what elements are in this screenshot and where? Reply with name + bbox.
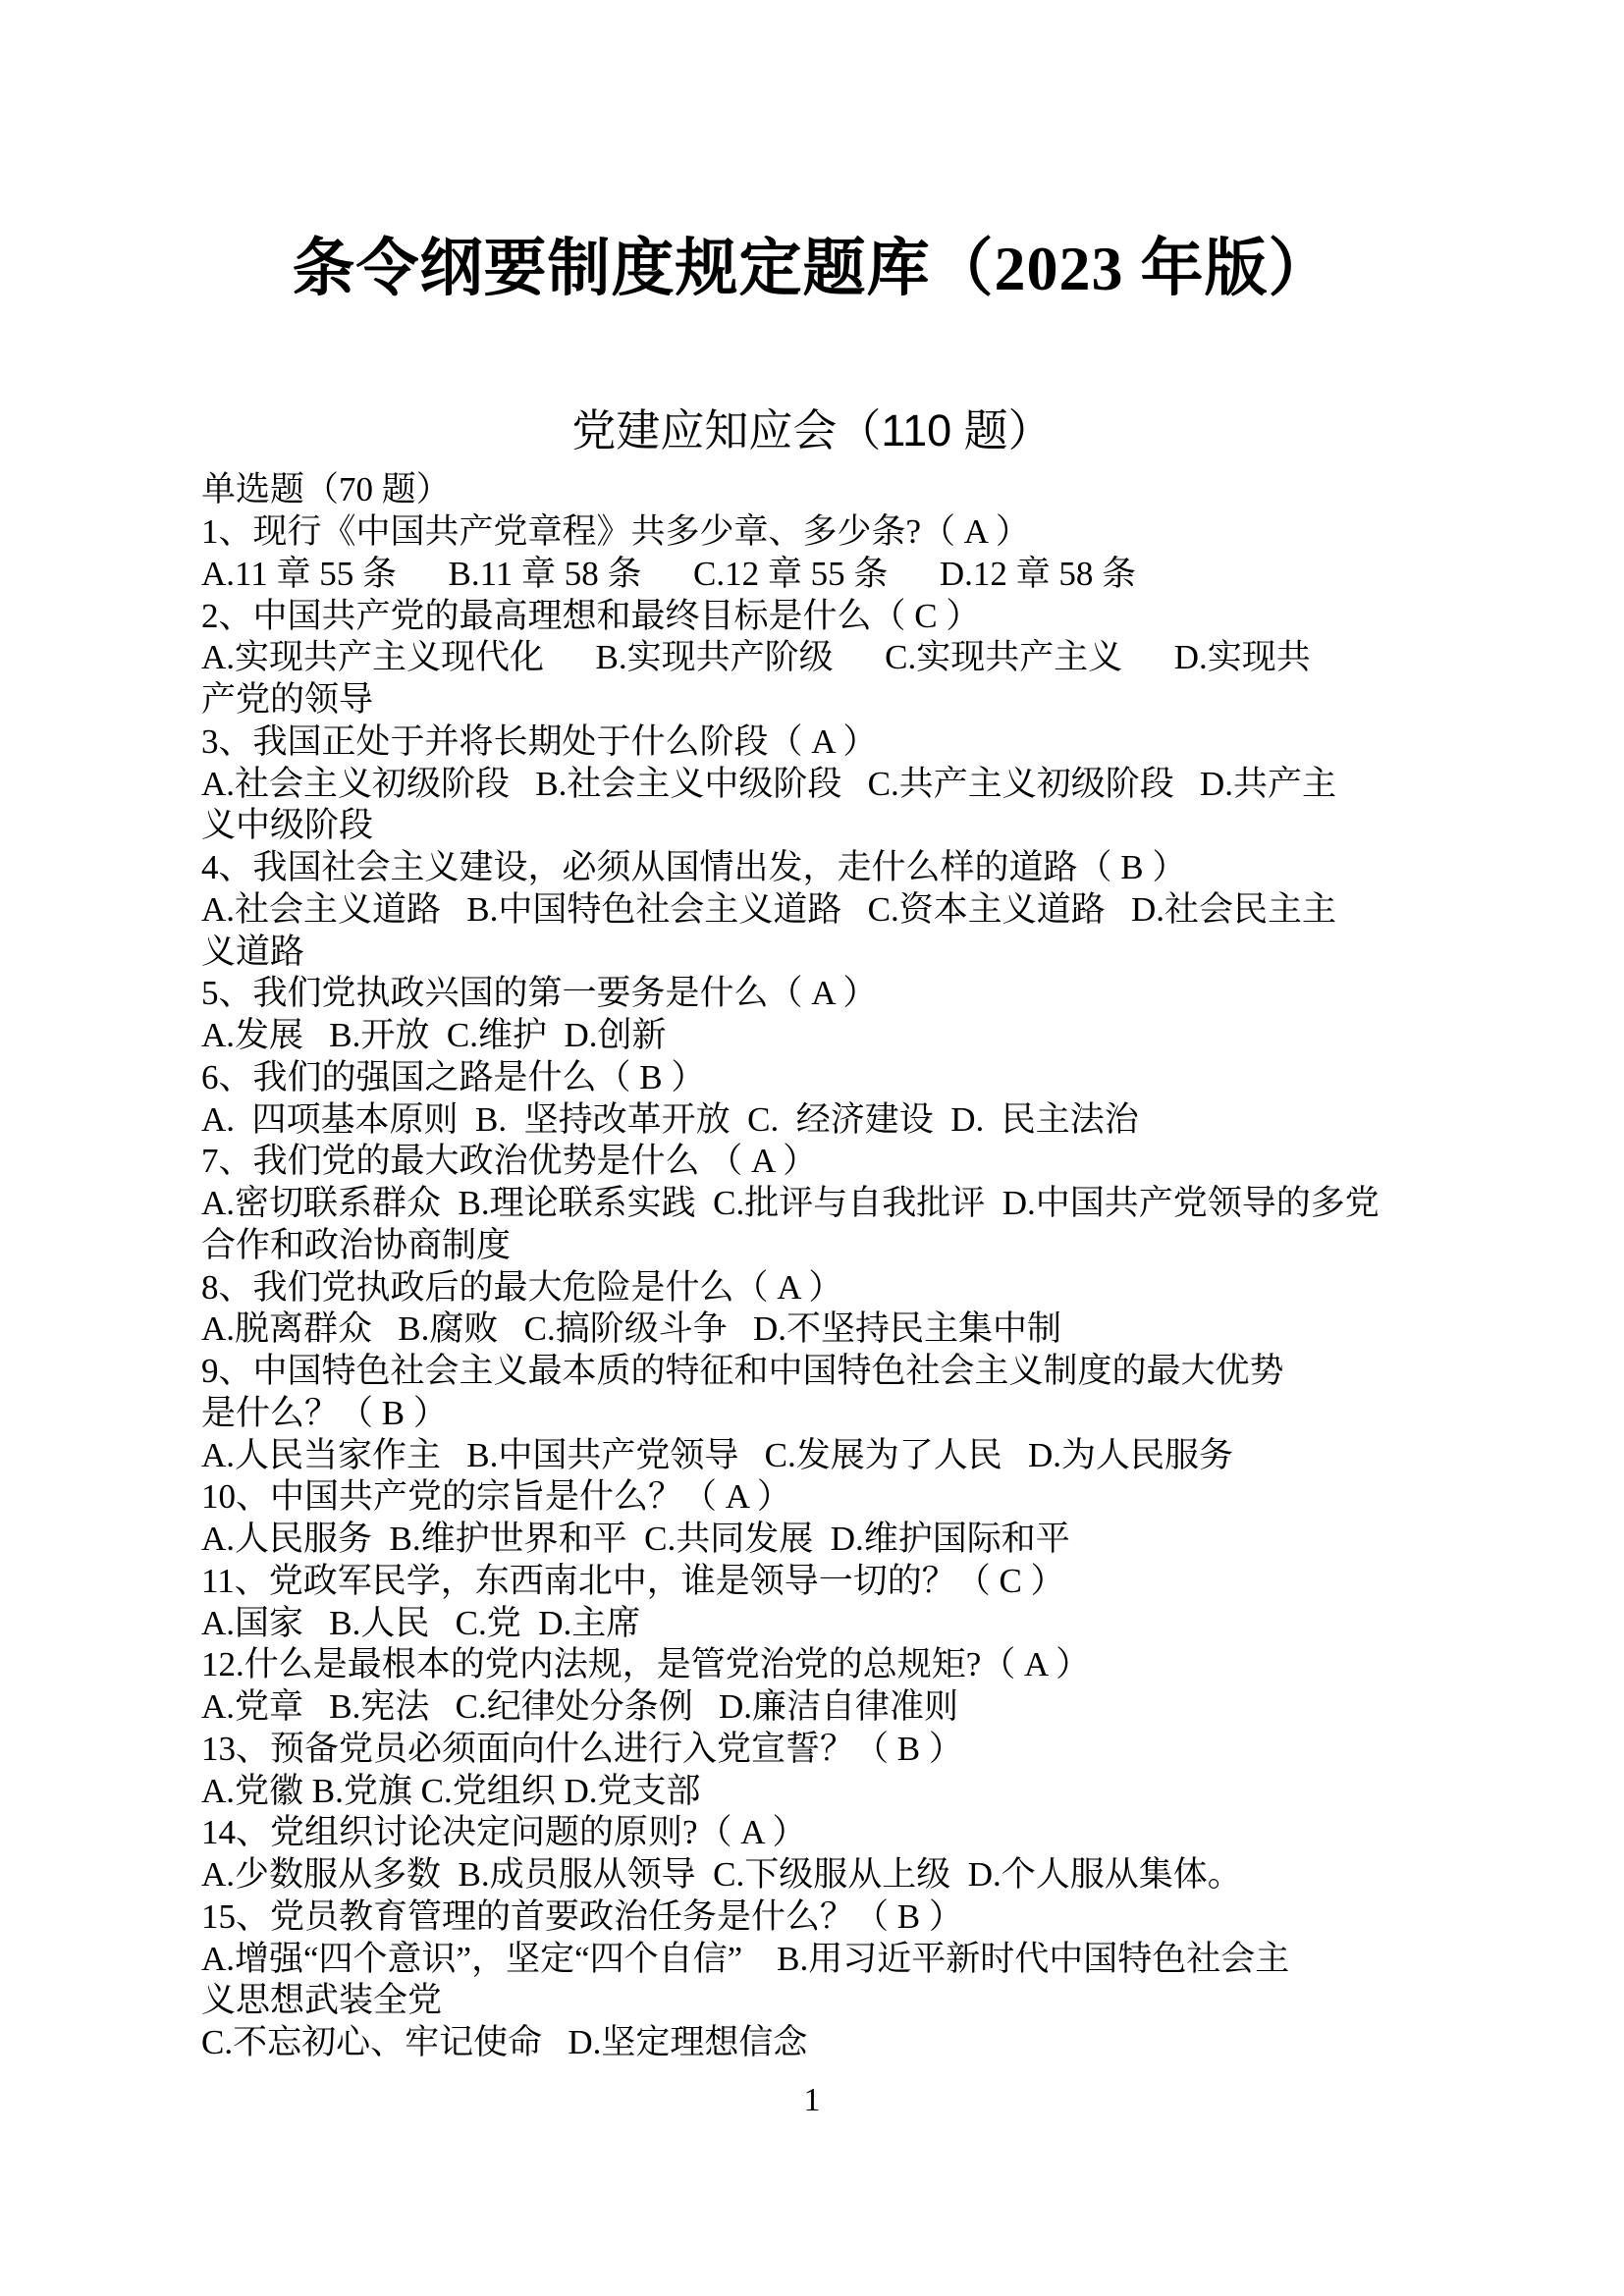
text-line: 8、我们党执政后的最大危险是什么（ A ） (201, 1267, 1467, 1309)
text-line: 13、预备党员必须面向什么进行入党宣誓？（ B ） (201, 1729, 1467, 1771)
text-line: A.党章 B.宪法 C.纪律处分条例 D.廉洁自律准则 (201, 1686, 1467, 1729)
text-line: 4、我国社会主义建设，必须从国情出发，走什么样的道路（ B ） (201, 847, 1467, 889)
text-line: A.少数服从多数 B.成员服从领导 C.下级服从上级 D.个人服从集体。 (201, 1854, 1467, 1896)
text-line: A.密切联系群众 B.理论联系实践 C.批评与自我批评 D.中国共产党领导的多党 (201, 1183, 1467, 1225)
text-line: A.人民当家作主 B.中国共产党领导 C.发展为了人民 D.为人民服务 (201, 1435, 1467, 1477)
page-number: 1 (0, 2080, 1624, 2122)
text-line: 10、中国共产党的宗旨是什么？（ A ） (201, 1476, 1467, 1519)
text-line: 1、现行《中国共产党章程》共多少章、多少条?（ A ） (201, 511, 1467, 554)
text-line: 11、党政军民学，东西南北中，谁是领导一切的？（ C ） (201, 1561, 1467, 1603)
text-line: A.11 章 55 条 B.11 章 58 条 C.12 章 55 条 D.12… (201, 554, 1467, 596)
document-page: 条令纲要制度规定题库（2023 年版） 党建应知应会（110 题） 单选题（70… (0, 0, 1624, 2296)
text-line: 单选题（70 题） (201, 469, 1467, 511)
text-line: A.增强“四个意识”，坚定“四个自信” B.用习近平新时代中国特色社会主 (201, 1939, 1467, 1981)
document-title: 条令纲要制度规定题库（2023 年版） (0, 0, 1624, 301)
text-line: A.党徽 B.党旗 C.党组织 D.党支部 (201, 1771, 1467, 1813)
text-line: A.社会主义初级阶段 B.社会主义中级阶段 C.共产主义初级阶段 D.共产主 (201, 764, 1467, 806)
text-line: A.实现共产主义现代化 B.实现共产阶级 C.实现共产主义 D.实现共 (201, 637, 1467, 679)
text-line: 15、党员教育管理的首要政治任务是什么？（ B ） (201, 1896, 1467, 1939)
text-line: 6、我们的强国之路是什么（ B ） (201, 1057, 1467, 1099)
document-body: 单选题（70 题）1、现行《中国共产党章程》共多少章、多少条?（ A ）A.11… (201, 469, 1467, 2064)
text-line: 9、中国特色社会主义最本质的特征和中国特色社会主义制度的最大优势 (201, 1351, 1467, 1393)
text-line: A.发展 B.开放 C.维护 D.创新 (201, 1015, 1467, 1057)
text-line: 义道路 (201, 932, 1467, 974)
text-line: A.国家 B.人民 C.党 D.主席 (201, 1603, 1467, 1645)
text-line: C.不忘初心、牢记使命 D.坚定理想信念 (201, 2022, 1467, 2064)
text-line: 5、我们党执政兴国的第一要务是什么（ A ） (201, 973, 1467, 1015)
text-line: 合作和政治协商制度 (201, 1225, 1467, 1267)
text-line: 义思想武装全党 (201, 1980, 1467, 2022)
text-line: 12.什么是最根本的党内法规，是管党治党的总规矩?（ A ） (201, 1644, 1467, 1686)
text-line: A. 四项基本原则 B. 坚持改革开放 C. 经济建设 D. 民主法治 (201, 1099, 1467, 1142)
text-line: A.社会主义道路 B.中国特色社会主义道路 C.资本主义道路 D.社会民主主 (201, 889, 1467, 932)
text-line: 7、我们党的最大政治优势是什么 （ A ） (201, 1141, 1467, 1183)
text-line: 2、中国共产党的最高理想和最终目标是什么（ C ） (201, 596, 1467, 638)
text-line: 14、党组织讨论决定问题的原则?（ A ） (201, 1812, 1467, 1854)
text-line: A.人民服务 B.维护世界和平 C.共同发展 D.维护国际和平 (201, 1519, 1467, 1561)
text-line: 3、我国正处于并将长期处于什么阶段（ A ） (201, 721, 1467, 764)
text-line: 是什么？（ B ） (201, 1393, 1467, 1435)
section-heading: 党建应知应会（110 题） (0, 407, 1624, 454)
text-line: A.脱离群众 B.腐败 C.搞阶级斗争 D.不坚持民主集中制 (201, 1308, 1467, 1351)
text-line: 产党的领导 (201, 679, 1467, 721)
text-line: 义中级阶段 (201, 805, 1467, 847)
